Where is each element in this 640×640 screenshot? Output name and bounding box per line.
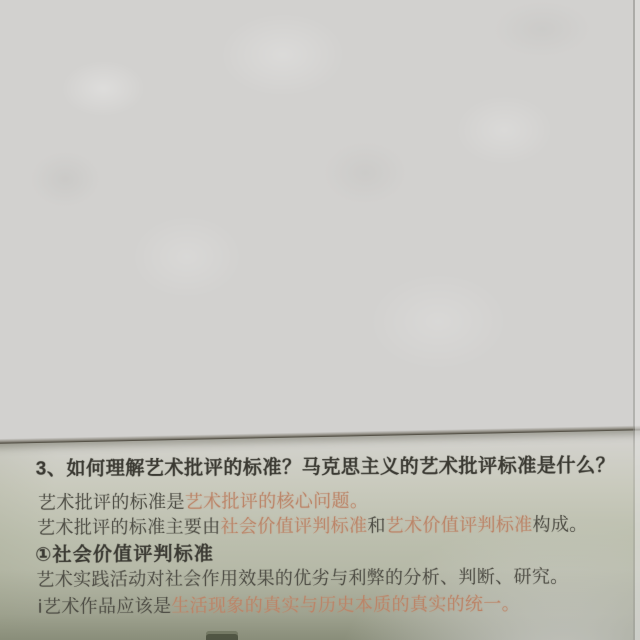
unity-highlight: 生活现象的真实与历史本质的真实的统一。: [171, 594, 520, 616]
composition-artistic-highlight: 艺术价值评判标准: [386, 515, 533, 536]
composition-suffix: 构成。: [533, 514, 588, 534]
answer-line-core-issue: 艺术批评的标准是艺术批评的核心问题。: [38, 487, 368, 515]
page-right-edge-highlight: [635, 0, 640, 640]
answer-line-composition: 艺术批评的标准主要由社会价值评判标准和艺术价值评判标准构成。: [37, 510, 588, 539]
question-title: 3、如何理解艺术批评的标准？马克思主义的艺术批评标准是什么？: [36, 450, 616, 481]
core-issue-highlight: 艺术批评的核心问题。: [185, 491, 369, 512]
page-right-edge-line: [633, 0, 635, 640]
blank-covering-sheet: [0, 0, 640, 443]
unity-prefix: ⅰ艺术作品应该是: [38, 596, 172, 617]
cropped-dark-box: [206, 631, 238, 640]
answer-line-social-definition: 艺术实践活动对社会作用效果的优劣与利弊的分析、判断、研究。: [36, 562, 568, 591]
photographed-notes-page: 3、如何理解艺术批评的标准？马克思主义的艺术批评标准是什么？ 艺术批评的标准是艺…: [0, 0, 640, 640]
answer-line-unity: ⅰ艺术作品应该是生活现象的真实与历史本质的真实的统一。: [37, 590, 520, 619]
composition-social-highlight: 社会价值评判标准: [221, 516, 368, 537]
core-issue-prefix: 艺术批评的标准是: [38, 492, 185, 513]
subheading-social-value-standard: ①社会价值评判标准: [35, 539, 214, 567]
composition-conjunction: 和: [367, 516, 385, 536]
composition-prefix: 艺术批评的标准主要由: [37, 517, 221, 538]
